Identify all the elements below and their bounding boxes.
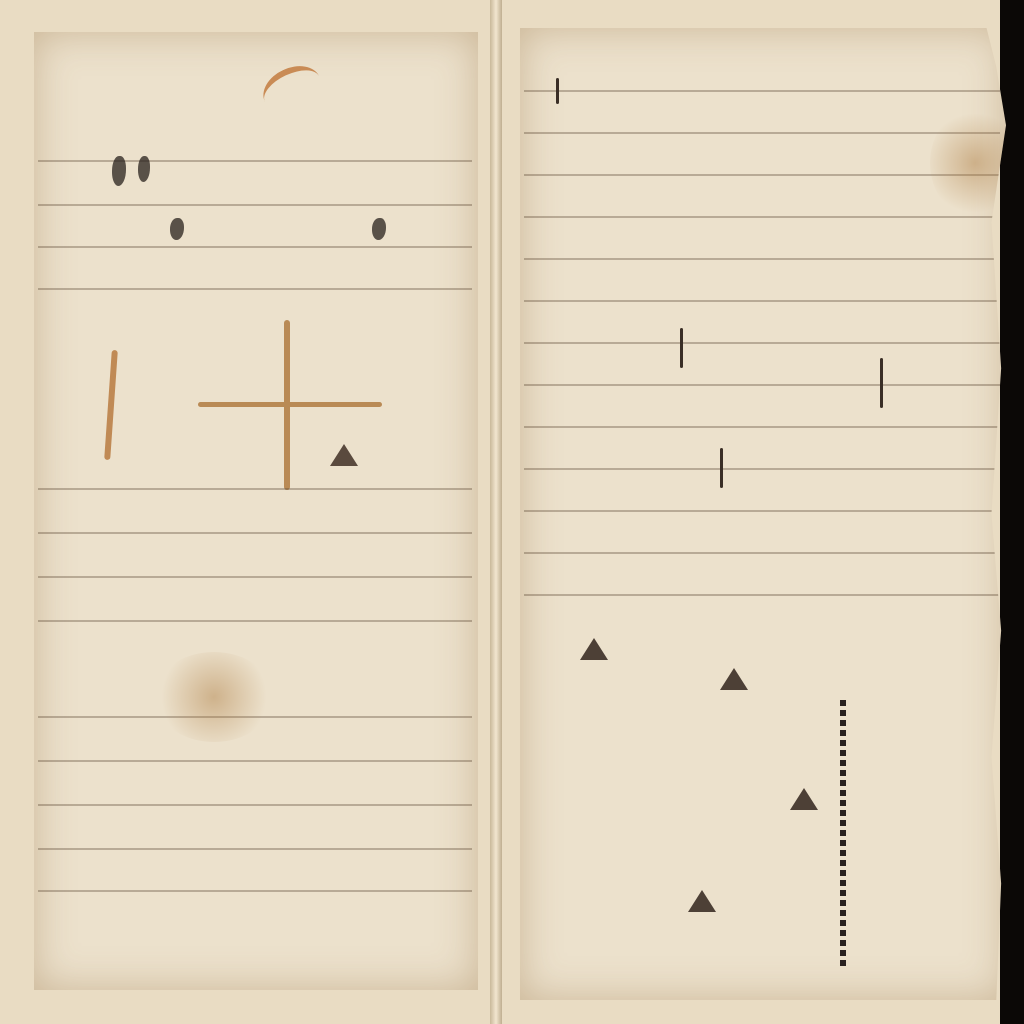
ruled-line <box>38 160 472 162</box>
ornament-triangle <box>688 890 716 912</box>
ruled-line <box>524 468 1000 470</box>
ruled-line <box>38 890 472 892</box>
water-stain <box>930 108 1020 218</box>
ink-blot <box>170 218 184 240</box>
ruled-line <box>524 300 1000 302</box>
ruled-line <box>524 510 1000 512</box>
ink-stroke <box>880 358 883 408</box>
ink-stroke <box>680 328 683 368</box>
cross-drawing-horizontal <box>198 402 382 407</box>
ink-blot <box>372 218 386 240</box>
ink-blot <box>138 156 150 182</box>
ink-blot <box>112 156 126 186</box>
ruled-line <box>524 216 1000 218</box>
beaded-vertical-line <box>840 700 846 970</box>
ruled-line <box>38 848 472 850</box>
ink-stroke <box>720 448 723 488</box>
ruled-line <box>524 132 1000 134</box>
ruled-line <box>524 342 1000 344</box>
ruled-line <box>38 804 472 806</box>
ornament-triangle <box>720 668 748 690</box>
ruled-line <box>524 426 1000 428</box>
triangle-drawing <box>330 444 358 466</box>
ruled-line <box>38 288 472 290</box>
water-stain <box>154 652 274 742</box>
ruled-line <box>38 576 472 578</box>
crescent-drawing <box>256 57 328 120</box>
ruled-line <box>38 246 472 248</box>
ruled-line <box>524 258 1000 260</box>
ruled-line <box>524 90 1000 92</box>
sword-drawing <box>104 350 118 460</box>
ruled-line <box>524 552 1000 554</box>
folio-board <box>0 0 1000 1024</box>
ruled-line <box>524 174 1000 176</box>
ruled-line <box>524 384 1000 386</box>
left-page <box>34 32 478 990</box>
right-page <box>520 28 1006 1000</box>
ruled-line <box>38 204 472 206</box>
ornament-triangle <box>790 788 818 810</box>
ornament-triangle <box>580 638 608 660</box>
ruled-line <box>524 594 1000 596</box>
ink-stroke <box>556 78 559 104</box>
ruled-line <box>38 620 472 622</box>
ruled-line <box>38 532 472 534</box>
ruled-line <box>38 488 472 490</box>
ruled-line <box>38 760 472 762</box>
book-spine <box>490 0 502 1024</box>
